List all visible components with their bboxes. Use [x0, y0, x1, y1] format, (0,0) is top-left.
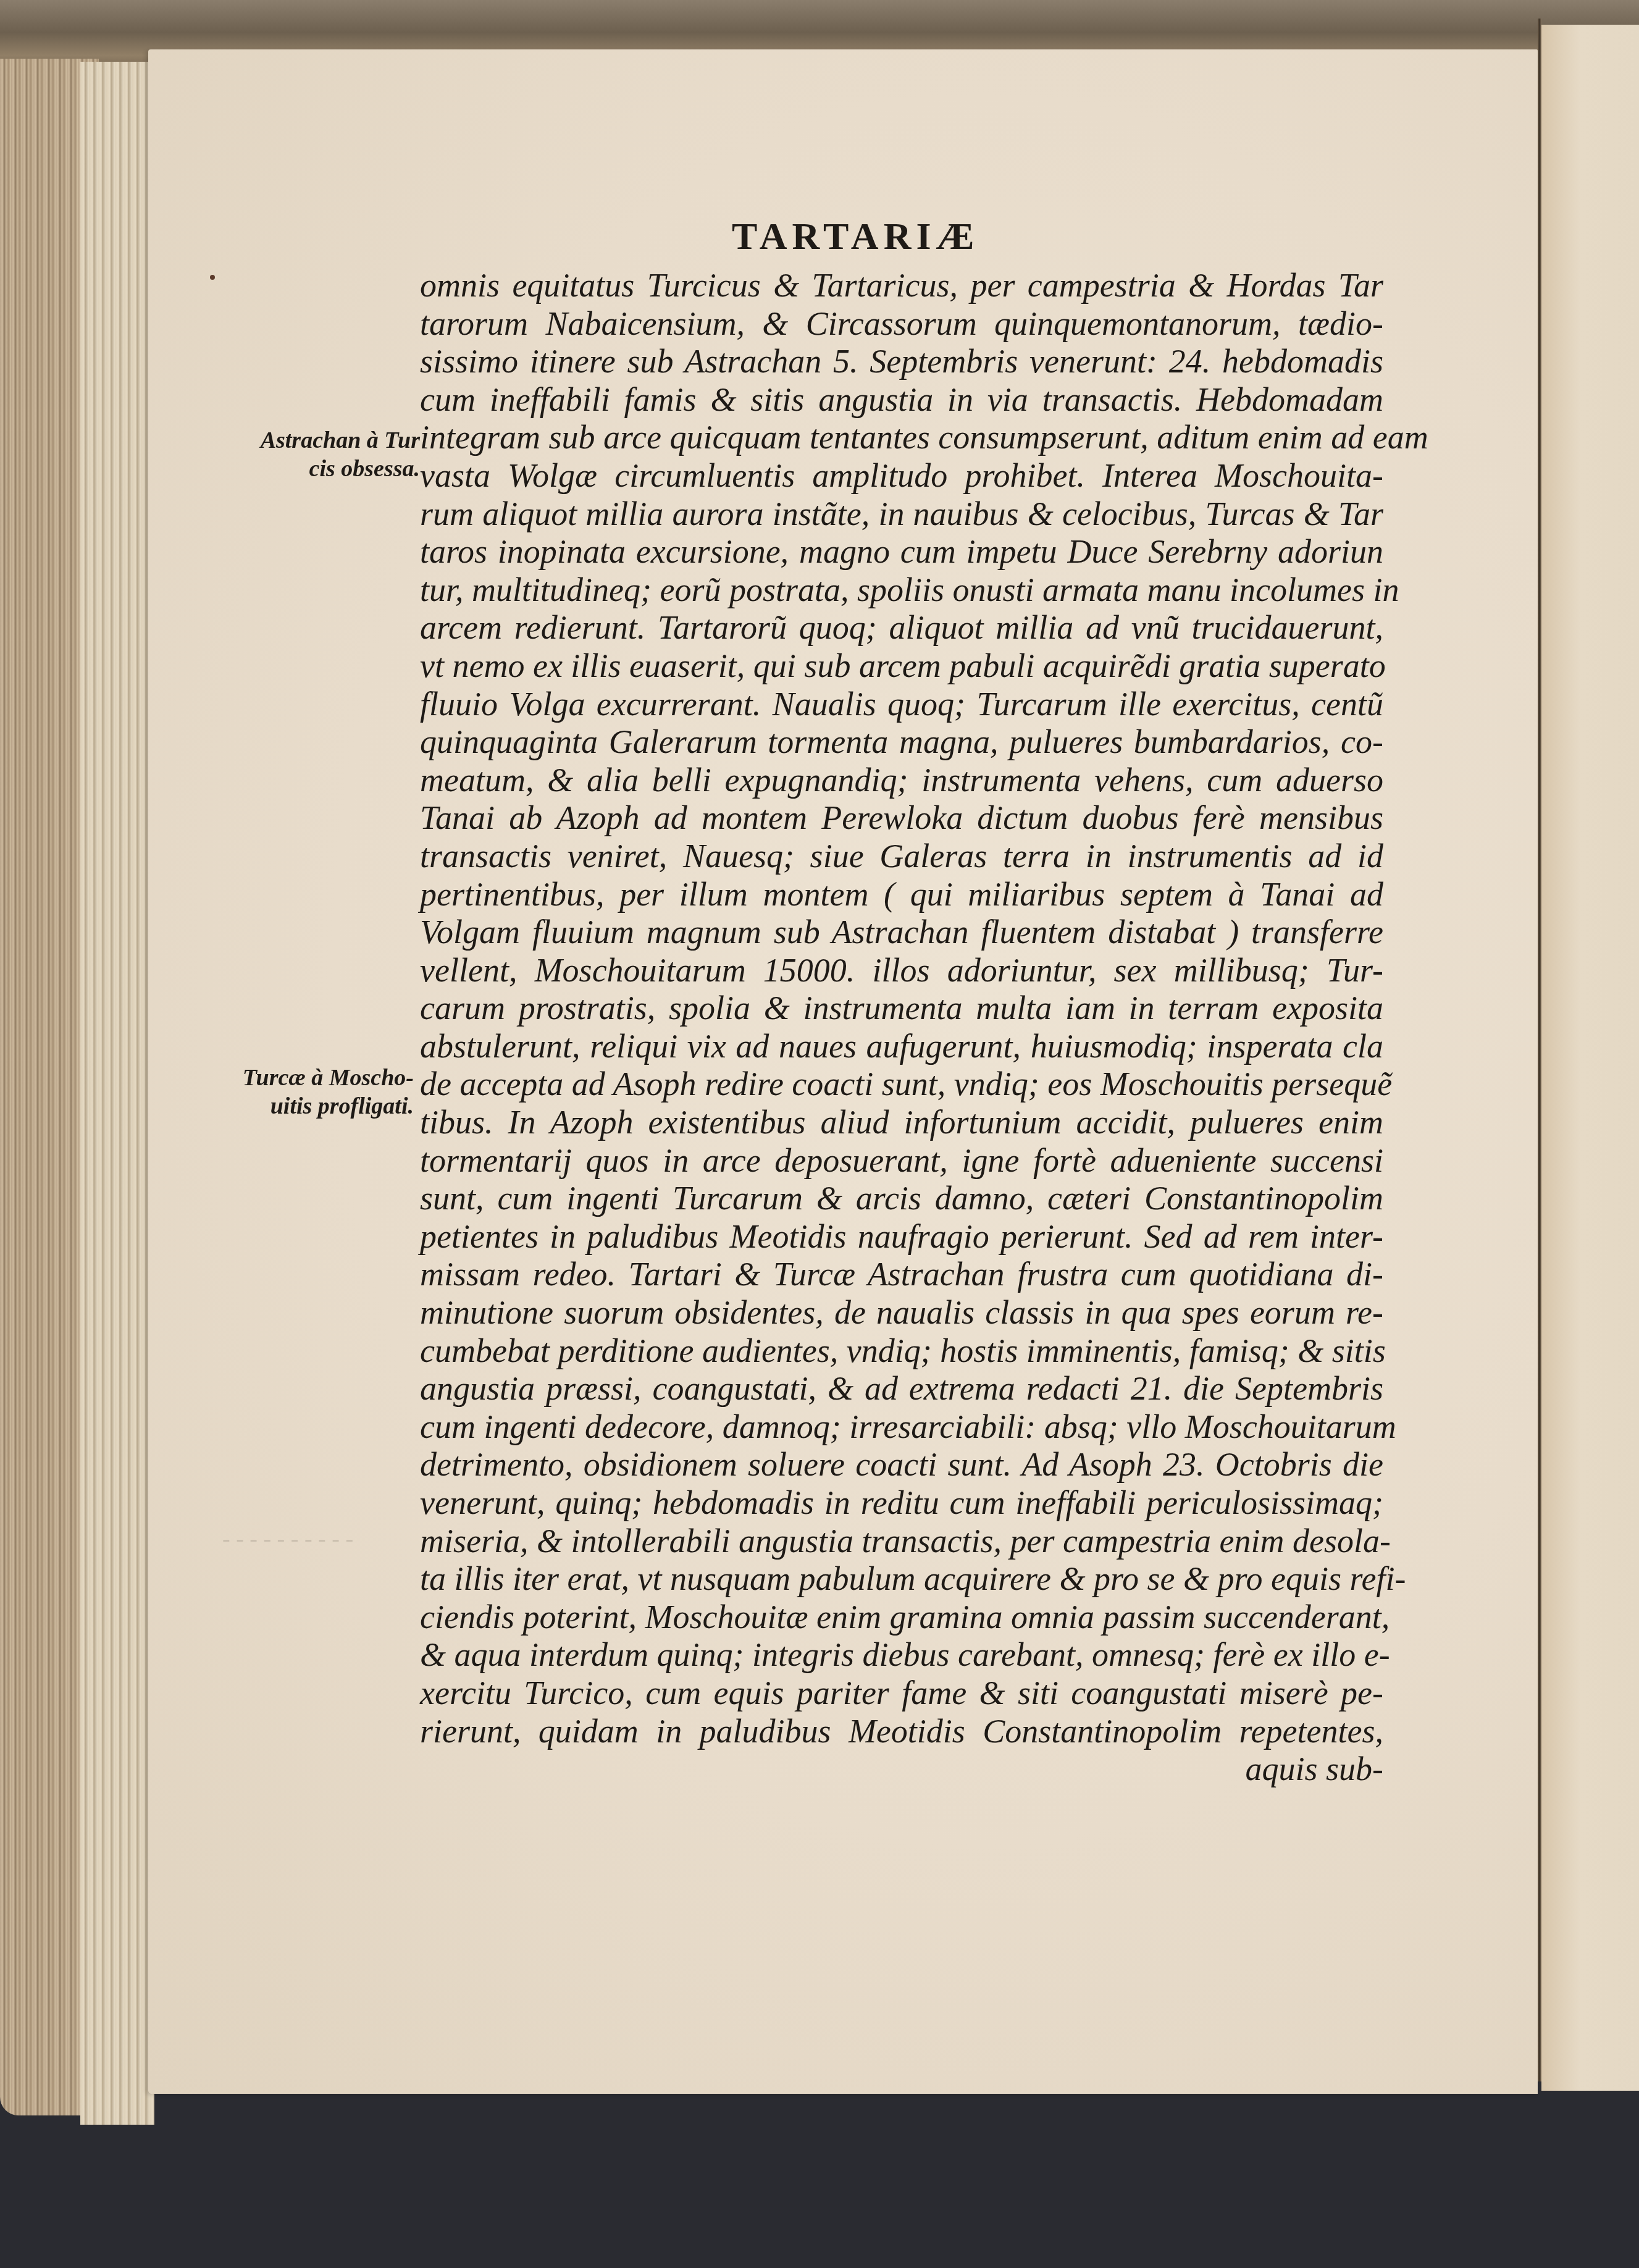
text-line: cum ingenti dedecore, damnoq; irresarcia…	[420, 1408, 1383, 1447]
marginal-note-line: Turcæ à Moscho-	[210, 1064, 414, 1092]
text-line: tarorum Nabaicensium, & Circassorum quin…	[420, 305, 1383, 343]
text-line: vt nemo ex illis euaserit, qui sub arcem…	[420, 647, 1383, 686]
text-line: tur, multitudineq; eorũ postrata, spolii…	[420, 571, 1383, 610]
text-line: xercitu Turcico, cum equis pariter fame …	[420, 1674, 1383, 1713]
marginal-note-turcae: Turcæ à Moscho- uitis profligati.	[210, 1064, 414, 1120]
text-line: taros inopinata excursione, magno cum im…	[420, 533, 1383, 571]
text-line: ciendis poterint, Moschouitæ enim gramin…	[420, 1598, 1383, 1637]
text-line: tibus. In Azoph existentibus aliud infor…	[420, 1104, 1383, 1142]
text-line: cum ineffabili famis & sitis angustia in…	[420, 381, 1383, 419]
text-line: sunt, cum ingenti Turcarum & arcis damno…	[420, 1180, 1383, 1218]
text-line: ta illis iter erat, vt nusquam pabulum a…	[420, 1560, 1383, 1598]
text-line: vellent, Moschouitarum 15000. illos ador…	[420, 952, 1383, 990]
text-line: & aqua interdum quinq; integris diebus c…	[420, 1636, 1383, 1674]
text-line: rierunt, quidam in paludibus Meotidis Co…	[420, 1713, 1383, 1751]
text-line: minutione suorum obsidentes, de naualis …	[420, 1294, 1383, 1332]
text-line: angustia præssi, coangustati, & ad extre…	[420, 1370, 1383, 1408]
text-line: tormentarij quos in arce deposuerant, ig…	[420, 1142, 1383, 1180]
text-line: missam redeo. Tartari & Turcæ Astrachan …	[420, 1256, 1383, 1294]
text-line: Volgam fluuium magnum sub Astrachan flue…	[420, 913, 1383, 952]
marginal-note-line: Astrachan à Tur	[222, 426, 420, 455]
facing-page-edge	[1541, 25, 1639, 2091]
page-stack-inner-edges	[80, 62, 154, 2125]
text-line: cumbebat perditione audientes, vndiq; ho…	[420, 1332, 1383, 1371]
text-line: meatum, & alia belli expugnandiq; instru…	[420, 762, 1383, 800]
text-line: petientes in paludibus Meotidis naufragi…	[420, 1218, 1383, 1256]
text-line: vasta Wolgæ circumluentis amplitudo proh…	[420, 457, 1383, 495]
text-line: omnis equitatus Turcicus & Tartaricus, p…	[420, 267, 1383, 305]
text-line: fluuio Volga excurrerant. Naualis quoq; …	[420, 686, 1383, 724]
running-head: TARTARIÆ	[732, 215, 979, 259]
text-line: pertinentibus, per illum montem ( qui mi…	[420, 876, 1383, 914]
text-line: carum prostratis, spolia & instrumenta m…	[420, 989, 1383, 1028]
book-gutter	[1538, 19, 1541, 2081]
text-line: detrimento, obsidionem soluere coacti su…	[420, 1446, 1383, 1484]
text-line: venerunt, quinq; hebdomadis in reditu cu…	[420, 1484, 1383, 1522]
paper-speck	[210, 275, 215, 280]
text-line: rum aliquot millia aurora instãte, in na…	[420, 495, 1383, 534]
body-text: omnis equitatus Turcicus & Tartaricus, p…	[420, 267, 1383, 1789]
marginal-note-line: uitis profligati.	[210, 1092, 414, 1120]
text-line: de accepta ad Asoph redire coacti sunt, …	[420, 1065, 1383, 1104]
text-line: sissimo itinere sub Astrachan 5. Septemb…	[420, 343, 1383, 381]
marginal-note-line: cis obsessa.	[222, 455, 420, 483]
catchword: aquis sub-	[420, 1750, 1383, 1789]
marginal-note-astrachan: Astrachan à Tur cis obsessa.	[222, 426, 420, 483]
text-line: transactis veniret, Nauesq; siue Galeras…	[420, 838, 1383, 876]
text-line: Tanai ab Azoph ad montem Perewloka dictu…	[420, 799, 1383, 838]
text-line: miseria, & intollerabili angustia transa…	[420, 1522, 1383, 1561]
text-line: arcem redierunt. Tartarorũ quoq; aliquot…	[420, 609, 1383, 647]
text-line: abstulerunt, reliqui vix ad naues aufuge…	[420, 1028, 1383, 1066]
show-through-text: - - - - - - - - - -	[222, 1526, 353, 1553]
text-line: integram sub arce quicquam tentantes con…	[420, 419, 1383, 457]
text-line: quinquaginta Galerarum tormenta magna, p…	[420, 723, 1383, 762]
